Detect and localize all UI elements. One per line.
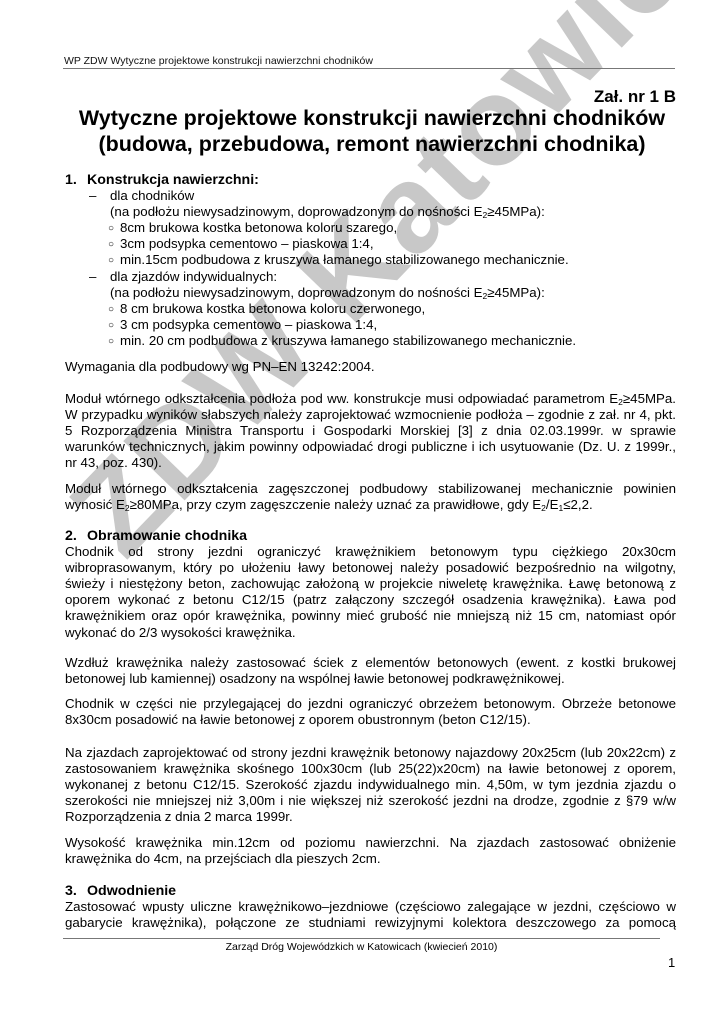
list-item: ○min.15cm podbudowa z kruszywa łamanego … [65, 252, 676, 268]
section-heading: 1.Konstrukcja nawierzchni: [65, 172, 676, 188]
footer-text: Zarząd Dróg Wojewódzkich w Katowicach (k… [63, 941, 660, 953]
paragraph: Wzdłuż krawężnika należy zastosować ście… [65, 655, 676, 687]
list-item: ○8cm brukowa kostka betonowa koloru szar… [65, 220, 676, 236]
list-item: ○min. 20 cm podbudowa z kruszywa łamaneg… [65, 333, 676, 349]
header-divider [63, 68, 675, 69]
circle-bullet-icon: ○ [108, 318, 114, 334]
circle-bullet-icon: ○ [108, 221, 114, 237]
group-condition: (na podłożu niewysadzinowym, doprowadzon… [65, 285, 676, 301]
section-construction: 1.Konstrukcja nawierzchni: – dla chodnik… [65, 172, 676, 349]
group-sidewalks: – dla chodników [65, 188, 676, 204]
running-header: WP ZDW Wytyczne projektowe konstrukcji n… [64, 55, 373, 67]
title-line-2: (budowa, przebudowa, remont nawierzchni … [40, 131, 704, 157]
requirements-paragraph: Wymagania dla podbudowy wg PN–EN 13242:2… [65, 359, 676, 375]
modulus-paragraph-1: Moduł wtórnego odkształcenia podłoża pod… [65, 391, 676, 471]
list-item: ○3 cm podsypka cementowo – piaskowa 1:4, [65, 317, 676, 333]
paragraph: Zastosować wpusty uliczne krawężnikowo–j… [65, 899, 676, 931]
group-condition: (na podłożu niewysadzinowym, doprowadzon… [65, 204, 676, 220]
section-heading: 3.Odwodnienie [65, 883, 676, 899]
paragraph: Na zjazdach zaprojektować od strony jezd… [65, 745, 676, 825]
circle-bullet-icon: ○ [108, 302, 114, 318]
document-page: ZDW Katowice WP ZDW Wytyczne projektowe … [0, 0, 724, 1024]
annex-label: Zał. nr 1 B [594, 87, 676, 107]
paragraph: Wysokość krawężnika min.12cm od poziomu … [65, 835, 676, 867]
list-item: ○8 cm brukowa kostka betonowa koloru cze… [65, 301, 676, 317]
paragraph: Chodnik w części nie przylegającej do je… [65, 696, 676, 728]
dash-marker: – [89, 188, 96, 204]
section-curbs: 2.Obramowanie chodnika Chodnik od strony… [65, 528, 676, 641]
document-title: Wytyczne projektowe konstrukcji nawierzc… [40, 105, 704, 157]
modulus-paragraph-2: Moduł wtórnego odkształcenia zagęszczone… [65, 481, 676, 513]
section-drainage: 3.Odwodnienie Zastosować wpusty uliczne … [65, 883, 676, 931]
circle-bullet-icon: ○ [108, 237, 114, 253]
dash-marker: – [89, 269, 96, 285]
paragraph: Chodnik od strony jezdni ograniczyć kraw… [65, 544, 676, 641]
group-driveways: – dla zjazdów indywidualnych: [65, 269, 676, 285]
section-heading: 2.Obramowanie chodnika [65, 528, 676, 544]
page-number: 1 [668, 955, 675, 970]
circle-bullet-icon: ○ [108, 253, 114, 269]
circle-bullet-icon: ○ [108, 334, 114, 350]
list-item: ○3cm podsypka cementowo – piaskowa 1:4, [65, 236, 676, 252]
footer-divider [63, 938, 660, 939]
title-line-1: Wytyczne projektowe konstrukcji nawierzc… [40, 105, 704, 131]
